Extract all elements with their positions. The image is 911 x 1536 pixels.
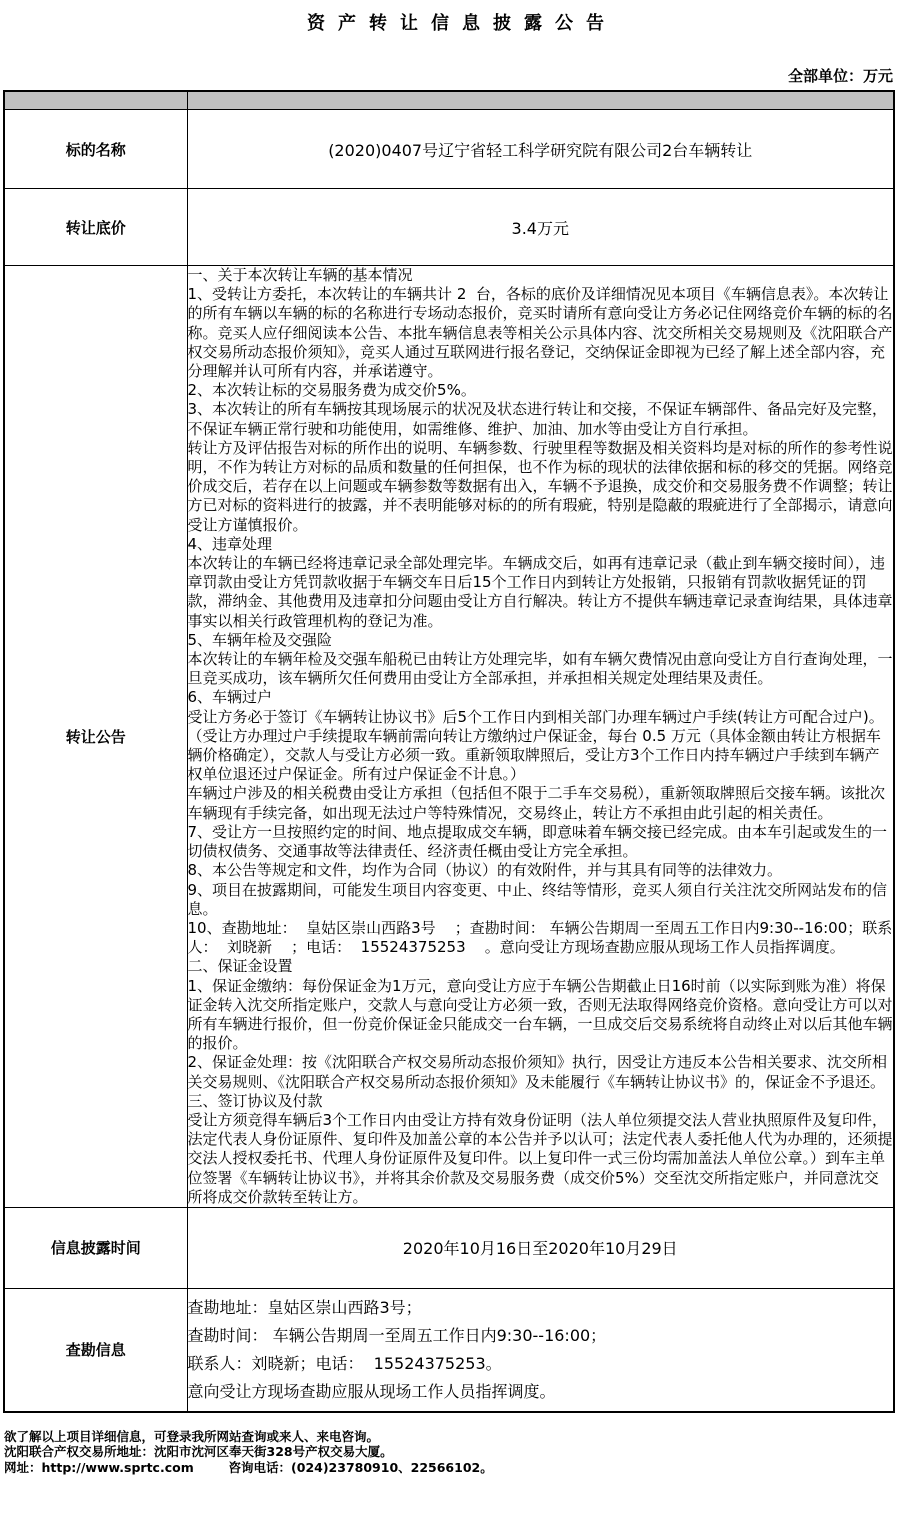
text-line: 8、本公告等规定和文件，均作为合同（协议）的有效附件，并与其具有同等的法律效力。 xyxy=(188,861,894,880)
announcement-body: 一、关于本次转让车辆的基本情况1、受转让方委托，本次转让的车辆共计 2 台，各标… xyxy=(187,266,894,1208)
text-line: 7、受让方一旦按照约定的时间、地点提取成交车辆，即意味着车辆交接已经完成。由本车… xyxy=(188,823,894,861)
text-line: 二、保证金设置 xyxy=(188,957,894,976)
table-header-row xyxy=(4,91,894,110)
table-row-announcement: 转让公告 一、关于本次转让车辆的基本情况1、受转让方委托，本次转让的车辆共计 2… xyxy=(4,266,894,1208)
text-line: 10、查勘地址： 皇姑区崇山西路3号 ；查勘时间： 车辆公告期周一至周五工作日内… xyxy=(188,919,894,957)
announcement-paragraphs: 一、关于本次转让车辆的基本情况1、受转让方委托，本次转让的车辆共计 2 台，各标… xyxy=(188,266,894,1207)
text-line: 4、违章处理 xyxy=(188,535,894,554)
table-row-subject: 标的名称 (2020)0407号辽宁省轻工科学研究院有限公司2台车辆转让 xyxy=(4,110,894,189)
text-line: 车辆过户涉及的相关税费由受让方承担（包括但不限于二手车交易税），重新领取牌照后交… xyxy=(188,784,894,822)
text-line: 意向受让方现场查勘应服从现场工作人员指挥调度。 xyxy=(188,1378,894,1406)
document-page: 资产转让信息披露公告 全部单位：万元 标的名称 (2020)0407号辽宁省轻工… xyxy=(0,0,911,1536)
table-row-survey: 查勘信息 查勘地址：皇姑区崇山西路3号；查勘时间： 车辆公告期周一至周五工作日内… xyxy=(4,1288,894,1412)
disclosure-value: 2020年10月16日至2020年10月29日 xyxy=(187,1207,894,1288)
text-line: 1、受转让方委托，本次转让的车辆共计 2 台，各标的底价及详细情况见本项目《车辆… xyxy=(188,285,894,381)
text-line: 1、保证金缴纳：每份保证金为1万元，意向受让方应于车辆公告期截止日16时前（以实… xyxy=(188,977,894,1054)
survey-body: 查勘地址：皇姑区崇山西路3号；查勘时间： 车辆公告期周一至周五工作日内9:30-… xyxy=(187,1288,894,1412)
subject-value: (2020)0407号辽宁省轻工科学研究院有限公司2台车辆转让 xyxy=(187,110,894,189)
text-line: 受让方须竞得车辆后3个工作日内由受让方持有效身份证明（法人单位须提交法人营业执照… xyxy=(188,1111,894,1207)
text-line: 网址：http://www.sprtc.com 咨询电话：(024)237809… xyxy=(4,1460,911,1476)
text-line: 转让方及评估报告对标的所作出的说明、车辆参数、行驶里程等数据及相关资料均是对标的… xyxy=(188,439,894,535)
text-line: 联系人：刘晓新；电话： 15524375253。 xyxy=(188,1350,894,1378)
unit-note: 全部单位：万元 xyxy=(0,65,893,86)
text-line: 9、项目在披露期间，可能发生项目内容变更、中止、终结等情形，竞买人须自行关注沈交… xyxy=(188,881,894,919)
disclosure-label: 信息披露时间 xyxy=(4,1207,187,1288)
text-line: 3、本次转让的所有车辆按其现场展示的状况及状态进行转让和交接，不保证车辆部件、备… xyxy=(188,400,894,438)
text-line: 5、车辆年检及交强险 xyxy=(188,631,894,650)
text-line: 2、本次转让标的交易服务费为成交价5%。 xyxy=(188,381,894,400)
text-line: 三、签订协议及付款 xyxy=(188,1092,894,1111)
text-line: 沈阳联合产权交易所地址：沈阳市沈河区奉天街328号产权交易大厦。 xyxy=(4,1444,911,1460)
text-line: 2、保证金处理：按《沈阳联合产权交易所动态报价须知》执行，因受让方违反本公告相关… xyxy=(188,1053,894,1091)
page-title: 资产转让信息披露公告 xyxy=(0,9,911,35)
table-row-disclosure: 信息披露时间 2020年10月16日至2020年10月29日 xyxy=(4,1207,894,1288)
price-value: 3.4万元 xyxy=(187,189,894,266)
text-line: 查勘地址：皇姑区崇山西路3号； xyxy=(188,1294,894,1322)
table-row-price: 转让底价 3.4万元 xyxy=(4,189,894,266)
text-line: 本次转让的车辆年检及交强车船税已由转让方处理完毕，如有车辆欠费情况由意向受让方自… xyxy=(188,650,894,688)
text-line: 本次转让的车辆已经将违章记录全部处理完毕。车辆成交后，如再有违章记录（截止到车辆… xyxy=(188,554,894,631)
disclosure-table: 标的名称 (2020)0407号辽宁省轻工科学研究院有限公司2台车辆转让 转让底… xyxy=(3,90,895,1413)
footer-lines: 欲了解以上项目详细信息，可登录我所网站查询或来人、来电咨询。沈阳联合产权交易所地… xyxy=(4,1429,911,1476)
text-line: 6、车辆过户 xyxy=(188,688,894,707)
table-header-cell-value xyxy=(187,91,894,110)
text-line: 一、关于本次转让车辆的基本情况 xyxy=(188,266,894,285)
survey-label: 查勘信息 xyxy=(4,1288,187,1412)
table-header-cell-label xyxy=(4,91,187,110)
text-line: 受让方务必于签订《车辆转让协议书》后5个工作日内到相关部门办理车辆过户手续(转让… xyxy=(188,708,894,785)
page-footer: 欲了解以上项目详细信息，可登录我所网站查询或来人、来电咨询。沈阳联合产权交易所地… xyxy=(4,1429,911,1476)
subject-label: 标的名称 xyxy=(4,110,187,189)
text-line: 欲了解以上项目详细信息，可登录我所网站查询或来人、来电咨询。 xyxy=(4,1429,911,1445)
text-line: 查勘时间： 车辆公告期周一至周五工作日内9:30--16:00； xyxy=(188,1322,894,1350)
price-label: 转让底价 xyxy=(4,189,187,266)
announcement-label: 转让公告 xyxy=(4,266,187,1208)
survey-lines: 查勘地址：皇姑区崇山西路3号；查勘时间： 车辆公告期周一至周五工作日内9:30-… xyxy=(188,1294,894,1406)
